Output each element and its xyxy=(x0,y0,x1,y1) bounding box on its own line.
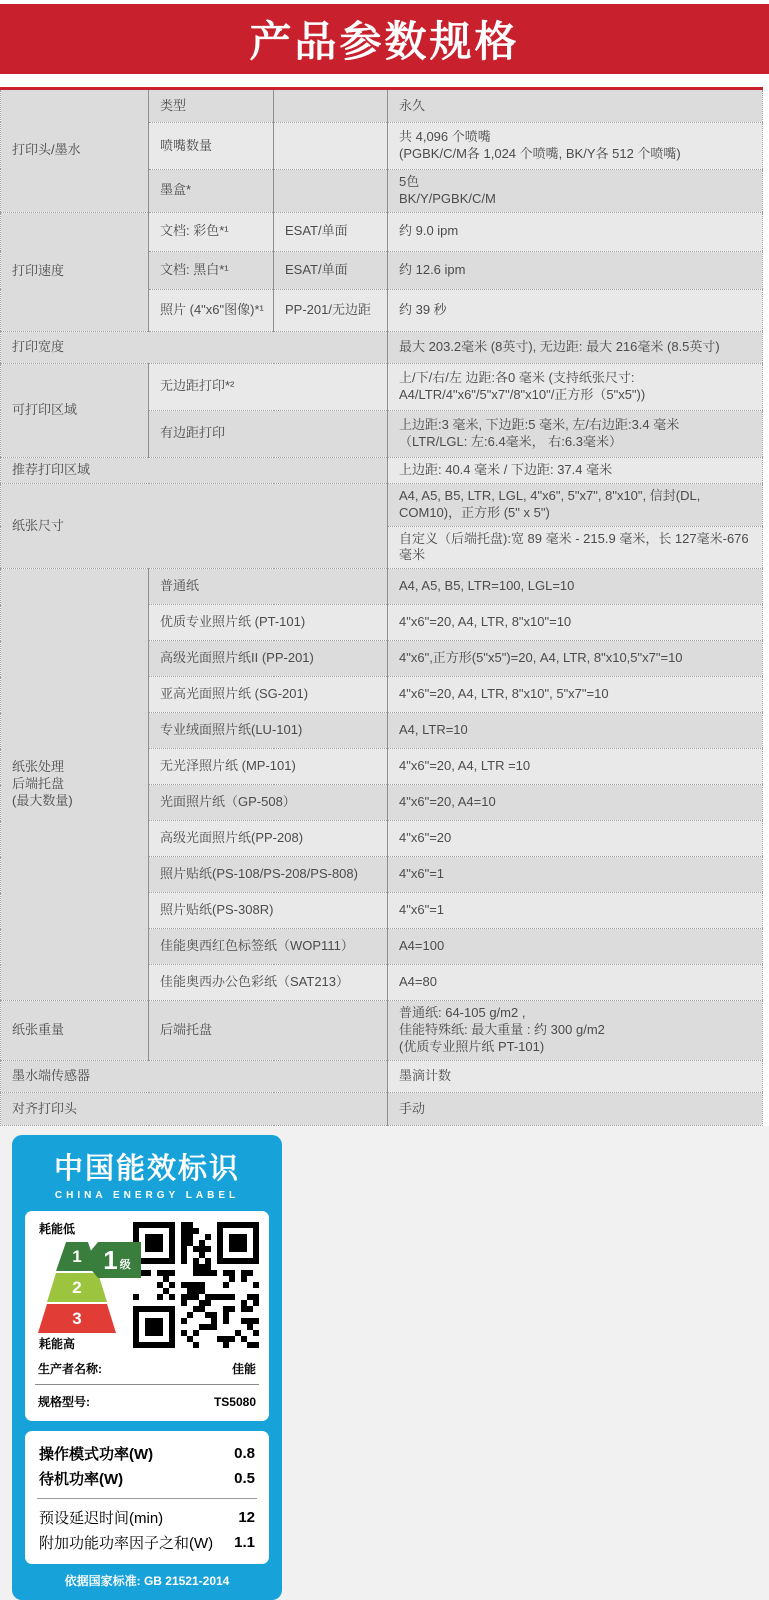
table-row: 打印头/墨水 类型 永久 xyxy=(1,88,763,122)
low-consumption-label: 耗能低 xyxy=(35,1220,117,1237)
spec-mid xyxy=(274,122,388,169)
spec-value: 4"x6"=20, A4, LTR, 8"x10", 5"x7"=10 xyxy=(388,677,763,713)
spec-sub: 后端托盘 xyxy=(149,1001,388,1061)
spec-mid xyxy=(274,169,388,212)
metric-value: 0.8 xyxy=(234,1445,255,1462)
metric-label: 附加功能功率因子之和(W) xyxy=(39,1532,213,1553)
table-row: 可打印区域 无边距打印*² 上/下/右/左 边距:各0 毫米 (支持纸张尺寸: … xyxy=(1,363,763,410)
page-header: 产品参数规格 xyxy=(0,4,769,74)
spec-sub: 普通纸 xyxy=(149,569,388,605)
spec-sub: 佳能奥西办公色彩纸（SAT213） xyxy=(149,965,388,1001)
spec-sub: 无边距打印*² xyxy=(149,363,388,410)
spec-category: 纸张处理 后端托盘 (最大数量) xyxy=(1,569,149,1001)
spec-sub: 照片贴纸(PS-308R) xyxy=(149,893,388,929)
spec-category: 打印头/墨水 xyxy=(1,88,149,212)
spec-sub: 光面照片纸（GP-508） xyxy=(149,785,388,821)
spec-sub: 无光泽照片纸 (MP-101) xyxy=(149,749,388,785)
table-row: 纸张处理 后端托盘 (最大数量) 普通纸 A4, A5, B5, LTR=100… xyxy=(1,569,763,605)
spec-value: 上边距:3 毫米, 下边距:5 毫米, 左/右边距:3.4 毫米 （LTR/LG… xyxy=(388,410,763,457)
grade-scale: 耗能低 1 2 3 1 级 耗能高 xyxy=(35,1220,117,1352)
spec-mid: ESAT/单面 xyxy=(274,212,388,251)
spec-category: 打印宽度 xyxy=(1,331,388,363)
spec-sub: 优质专业照片纸 (PT-101) xyxy=(149,605,388,641)
spec-category: 可打印区域 xyxy=(1,363,149,457)
table-row: 墨水端传感器 墨滴计数 xyxy=(1,1061,763,1093)
table-row: 打印速度 文档: 彩色*¹ ESAT/单面 约 9.0 ipm xyxy=(1,212,763,251)
spec-sub: 文档: 黑白*¹ xyxy=(149,251,274,289)
model-value: TS5080 xyxy=(214,1395,256,1409)
metric-label: 预设延迟时间(min) xyxy=(39,1507,163,1528)
spec-value: 墨滴计数 xyxy=(388,1061,763,1093)
spec-value: A4, LTR=10 xyxy=(388,713,763,749)
table-row: 打印宽度 最大 203.2毫米 (8英寸), 无边距: 最大 216毫米 (8.… xyxy=(1,331,763,363)
spec-sub: 高级光面照片纸II (PP-201) xyxy=(149,641,388,677)
spec-sub: 有边距打印 xyxy=(149,410,388,457)
table-row: 纸张尺寸 A4, A5, B5, LTR, LGL, 4"x6", 5"x7",… xyxy=(1,483,763,526)
spec-value: 永久 xyxy=(388,88,763,122)
grade-pyramid: 1 2 3 1 级 xyxy=(37,1242,117,1333)
page-title: 产品参数规格 xyxy=(249,9,519,69)
spec-value: A4=80 xyxy=(388,965,763,1001)
spec-category: 墨水端传感器 xyxy=(1,1061,388,1093)
spec-sub: 墨盒* xyxy=(149,169,274,212)
metrics-divider xyxy=(37,1498,257,1499)
grade-1-arrow-tag: 1 级 xyxy=(83,1242,141,1278)
model-label: 规格型号: xyxy=(38,1393,90,1410)
producer-row: 生产者名称: 佳能 xyxy=(35,1352,259,1384)
metric-value: 1.1 xyxy=(234,1534,255,1551)
spec-value: A4, A5, B5, LTR, LGL, 4"x6", 5"x7", 8"x1… xyxy=(388,483,763,526)
metric-label: 操作模式功率(W) xyxy=(39,1443,153,1464)
energy-label-title: 中国能效标识 xyxy=(12,1135,282,1187)
spec-mid xyxy=(274,88,388,122)
spec-value: 4"x6"=20, A4=10 xyxy=(388,785,763,821)
spec-value: 上/下/右/左 边距:各0 毫米 (支持纸张尺寸: A4/LTR/4"x6"/5… xyxy=(388,363,763,410)
banner-gap xyxy=(0,74,769,87)
qr-code xyxy=(133,1222,259,1348)
metric-value: 12 xyxy=(238,1509,255,1526)
spec-value: 约 39 秒 xyxy=(388,289,763,331)
metric-row: 操作模式功率(W) 0.8 xyxy=(37,1441,257,1466)
energy-grade-panel: 耗能低 1 2 3 1 级 耗能高 xyxy=(25,1211,269,1421)
spec-sub: 照片贴纸(PS-108/PS-208/PS-808) xyxy=(149,857,388,893)
metric-value: 0.5 xyxy=(234,1470,255,1487)
spec-value: A4, A5, B5, LTR=100, LGL=10 xyxy=(388,569,763,605)
national-standard-note: 依据国家标准: GB 21521-2014 xyxy=(12,1564,282,1598)
producer-value: 佳能 xyxy=(232,1360,256,1377)
spec-value: 手动 xyxy=(388,1093,763,1126)
spec-sub: 高级光面照片纸(PP-208) xyxy=(149,821,388,857)
energy-metrics-panel: 操作模式功率(W) 0.8 待机功率(W) 0.5 预设延迟时间(min) 12… xyxy=(25,1431,269,1564)
spec-sub: 照片 (4"x6"图像)*¹ xyxy=(149,289,274,331)
spec-value: 4"x6"=1 xyxy=(388,857,763,893)
table-row: 纸张重量 后端托盘 普通纸: 64-105 g/m2 , 佳能特殊纸: 最大重量… xyxy=(1,1001,763,1061)
spec-value: 自定义（后端托盘):宽 89 毫米 - 215.9 毫米，长 127毫米-676… xyxy=(388,526,763,569)
spec-category: 对齐打印头 xyxy=(1,1093,388,1126)
spec-category: 纸张尺寸 xyxy=(1,483,388,569)
spec-sub: 亚高光面照片纸 (SG-201) xyxy=(149,677,388,713)
spec-category: 打印速度 xyxy=(1,212,149,331)
table-row: 对齐打印头 手动 xyxy=(1,1093,763,1126)
spec-value: 4"x6"=20 xyxy=(388,821,763,857)
spec-mid: PP-201/无边距 xyxy=(274,289,388,331)
spec-sub: 佳能奥西红色标签纸（WOP111） xyxy=(149,929,388,965)
metric-row: 待机功率(W) 0.5 xyxy=(37,1466,257,1491)
spec-value: 4"x6"=1 xyxy=(388,893,763,929)
spec-sub: 类型 xyxy=(149,88,274,122)
grade-tag-unit: 级 xyxy=(120,1256,131,1272)
spec-category: 推荐打印区域 xyxy=(1,457,388,483)
spec-sub: 喷嘴数量 xyxy=(149,122,274,169)
spec-value: 约 12.6 ipm xyxy=(388,251,763,289)
bottom-section: 中国能效标识 CHINA ENERGY LABEL 耗能低 1 2 3 1 级 xyxy=(0,1126,769,1600)
grade-3-bar: 3 xyxy=(38,1304,116,1333)
spec-value: 约 9.0 ipm xyxy=(388,212,763,251)
grade-grid: 耗能低 1 2 3 1 级 耗能高 xyxy=(35,1220,259,1352)
spec-value: 4"x6",正方形(5"x5")=20, A4, LTR, 8"x10,5"x7… xyxy=(388,641,763,677)
spec-table: 打印头/墨水 类型 永久 喷嘴数量 共 4,096 个喷嘴 (PGBK/C/M各… xyxy=(0,87,763,1126)
high-consumption-label: 耗能高 xyxy=(35,1335,117,1352)
metric-row: 附加功能功率因子之和(W) 1.1 xyxy=(37,1530,257,1555)
spec-value: 上边距: 40.4 毫米 / 下边距: 37.4 毫米 xyxy=(388,457,763,483)
model-row: 规格型号: TS5080 xyxy=(35,1384,259,1417)
spec-value: 最大 203.2毫米 (8英寸), 无边距: 最大 216毫米 (8.5英寸) xyxy=(388,331,763,363)
spec-value: 共 4,096 个喷嘴 (PGBK/C/M各 1,024 个喷嘴, BK/Y各 … xyxy=(388,122,763,169)
spec-sub: 专业绒面照片纸(LU-101) xyxy=(149,713,388,749)
producer-label: 生产者名称: xyxy=(38,1360,102,1377)
spec-category: 纸张重量 xyxy=(1,1001,149,1061)
spec-value: 普通纸: 64-105 g/m2 , 佳能特殊纸: 最大重量 : 约 300 g… xyxy=(388,1001,763,1061)
metric-label: 待机功率(W) xyxy=(39,1468,123,1489)
grade-tag-number: 1 xyxy=(103,1247,117,1273)
page: 产品参数规格 打印头/墨水 类型 永久 喷嘴数量 共 4,096 个喷嘴 (PG… xyxy=(0,0,769,1600)
energy-label-subtitle: CHINA ENERGY LABEL xyxy=(12,1190,282,1201)
spec-value: A4=100 xyxy=(388,929,763,965)
spec-mid: ESAT/单面 xyxy=(274,251,388,289)
china-energy-label: 中国能效标识 CHINA ENERGY LABEL 耗能低 1 2 3 1 级 xyxy=(12,1135,282,1600)
spec-value: 4"x6"=20, A4, LTR, 8"x10"=10 xyxy=(388,605,763,641)
spec-value: 4"x6"=20, A4, LTR =10 xyxy=(388,749,763,785)
table-row: 推荐打印区域 上边距: 40.4 毫米 / 下边距: 37.4 毫米 xyxy=(1,457,763,483)
metric-row: 预设延迟时间(min) 12 xyxy=(37,1505,257,1530)
spec-value: 5色 BK/Y/PGBK/C/M xyxy=(388,169,763,212)
spec-sub: 文档: 彩色*¹ xyxy=(149,212,274,251)
